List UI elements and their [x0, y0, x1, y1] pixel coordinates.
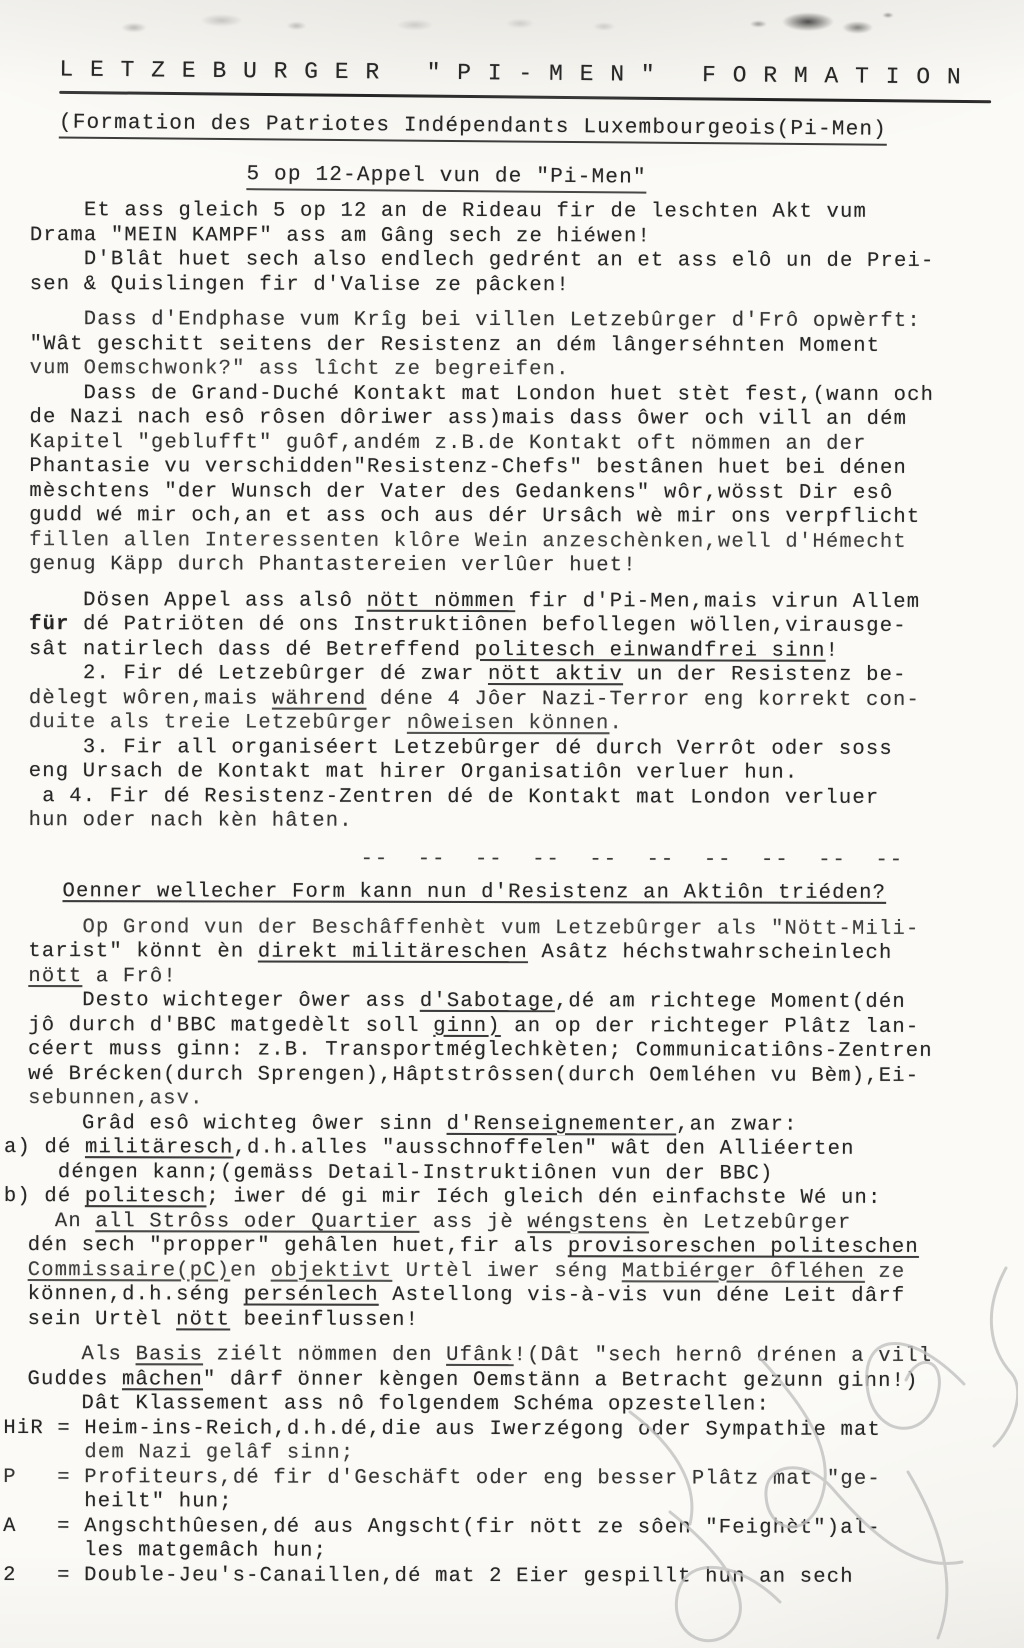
text-segment: an op der richteger Plâtz lan-	[501, 1015, 920, 1039]
text-segment: dén sech "propper" gehâlen huet,fir als	[28, 1234, 568, 1258]
text-line: jô durch d'BBC matgedèlt soll ginn) an o…	[28, 1014, 1022, 1041]
text-line: déngen kann;(gemäss Detail-Instruktiônen…	[4, 1161, 1022, 1188]
text-line: sen & Quislingen fir d'Valise ze pâcken!	[30, 273, 1024, 300]
text-line: Dât Klassement ass nô folgendem Schéma o…	[27, 1392, 1021, 1419]
text-segment: Phantasie vu verschidden"Resistenz-Chefs…	[29, 455, 907, 480]
text-segment: ; iwer dé gi mir Iéch gleich dén einfach…	[206, 1185, 881, 1209]
text-segment: ,dé am richtege Moment(dén	[555, 990, 906, 1014]
text-line: An all Strôss oder Quartier ass jè wéngs…	[28, 1210, 1022, 1237]
text-segment: de Nazi nach esô rôsen dôriwer ass)mais …	[29, 406, 907, 431]
underlined-text: Oenner wellecher Form kann nun d'Resiste…	[62, 880, 886, 905]
text-segment: b) dé	[4, 1185, 85, 1208]
text-segment: 2. Fir dé Letzebûrger dé zwar	[29, 662, 488, 686]
text-segment: beeinflussen!	[230, 1308, 419, 1331]
underlined-text: nött nömmen	[367, 589, 516, 612]
text-line: 3. Fir all organiséert Letzebûrger dé du…	[29, 736, 1023, 763]
text-line: eng Ursach de Kontakt mat hirer Organisa…	[29, 760, 1023, 787]
text-line: für dé Patriöten dé ons Instruktiônen be…	[29, 613, 1023, 640]
underlined-text: provisoreschen politeschen	[568, 1235, 919, 1259]
text-segment: ziélt nömmen den	[203, 1343, 446, 1367]
underlined-text: während	[272, 687, 367, 710]
text-segment: Astellong vis-à-vis vun déne Leit dârf	[379, 1284, 906, 1308]
text-segment: P = Profiteurs,dé fir d'Geschäft oder en…	[3, 1466, 881, 1491]
text-segment: mèschtens "der Wunsch der Vater des Geda…	[29, 480, 893, 505]
text-segment: Urtèl iwer séng	[392, 1259, 622, 1282]
text-line: Phantasie vu verschidden"Resistenz-Chefs…	[29, 455, 1023, 482]
text-segment: können,d.h.séng	[28, 1283, 244, 1306]
text-segment: heilt" hun;	[3, 1490, 233, 1513]
text-line: wé Brécken(durch Sprengen),Hâptstrôssen(…	[28, 1063, 1022, 1090]
text-segment: duite als treie Letzebûrger	[29, 711, 407, 735]
text-line: Als Basis ziélt nömmen den Ufânk!(Dât "s…	[28, 1343, 1022, 1370]
text-line: "Wât geschitt seitens der Resistenz an d…	[30, 333, 1024, 360]
text-segment: " dârf önner kèngen Oemstänn a Betracht …	[203, 1368, 919, 1392]
text-segment: Guddes	[27, 1368, 122, 1391]
text-line: dén sech "propper" gehâlen huet,fir als …	[28, 1234, 1022, 1261]
text-segment: Kapitel "geblufft" guôf,andém z.B.de Kon…	[29, 431, 866, 456]
text-segment: un der Resistenz be-	[623, 663, 907, 687]
text-segment: en	[230, 1259, 271, 1282]
text-segment: les matgemâch hun;	[3, 1539, 327, 1563]
text-segment: sen & Quislingen fir d'Valise ze pâcken!	[30, 273, 570, 297]
text-segment: Dösen Appel ass alsô	[29, 589, 367, 613]
text-segment: Et ass gleich 5 op 12 an de Rideau fir d…	[30, 199, 867, 224]
text-segment: ze	[865, 1260, 906, 1283]
text-segment: Asâtz héchstwahrscheinlech	[528, 941, 893, 965]
title-underline	[59, 91, 991, 103]
text-segment: "Wât geschitt seitens der Resistenz an d…	[30, 333, 881, 358]
text-line: b) dé politesch; iwer dé gi mir Iéch gle…	[4, 1185, 1022, 1212]
text-line: 2 = Double-Jeu's-Canaillen,dé mat 2 Eier…	[3, 1564, 1021, 1591]
text-line: a 4. Fir dé Resistenz-Zentren dé de Kont…	[29, 785, 1023, 812]
text-line: Guddes mâchen" dârf önner kèngen Oemstän…	[27, 1368, 1021, 1395]
text-segment: céert muss ginn: z.B. Transportméglechkè…	[28, 1038, 933, 1063]
text-segment: vum Oemschwonk?" ass lîcht ze begreifen.	[30, 357, 570, 381]
text-segment: 3. Fir all organiséert Letzebûrger dé du…	[29, 736, 893, 761]
text-line: Grâd esô wichteg ôwer sinn d'Renseigneme…	[28, 1112, 1022, 1139]
underlined-text: nött	[176, 1308, 230, 1331]
text-segment: fir d'Pi-Men,mais virun Allem	[515, 590, 920, 614]
text-line: gudd wé mir och,an et ass och aus dér Ur…	[29, 504, 1023, 531]
text-segment: déngen kann;(gemäss Detail-Instruktiônen…	[4, 1161, 774, 1186]
text-segment: dem Nazi gelâf sinn;	[3, 1441, 354, 1465]
separator-line: -- -- -- -- -- -- -- -- -- --	[361, 847, 1023, 873]
text-segment: déne 4 Jôer Nazi-Terror eng korrekt con-	[366, 687, 920, 711]
text-line: Et ass gleich 5 op 12 an de Rideau fir d…	[30, 199, 1024, 226]
text-line: les matgemâch hun;	[3, 1539, 1021, 1566]
document-body: Et ass gleich 5 op 12 an de Rideau fir d…	[0, 184, 1024, 1590]
underlined-text: objektivt	[271, 1259, 393, 1282]
scanned-document-page: L E T Z E B U R G E R " P I - M E N " F …	[0, 0, 1024, 1648]
underlined-text: wéngstens	[527, 1211, 649, 1234]
text-segment: .	[609, 712, 623, 735]
text-segment: sein Urtèl	[28, 1308, 177, 1331]
text-line: fillen allen Interessenten klôre Wein an…	[29, 529, 1023, 556]
text-segment: fillen allen Interessenten klôre Wein an…	[29, 529, 907, 554]
text-line: Desto wichteger ôwer ass d'Sabotage,dé a…	[28, 989, 1022, 1016]
text-segment: gudd wé mir och,an et ass och aus dér Ur…	[29, 504, 920, 529]
text-line: Op Grond vun der Beschâffenhèt vum Letze…	[28, 916, 1022, 943]
text-line: Dass d'Endphase vum Krîg bei villen Letz…	[30, 308, 1024, 335]
text-line: tarist" könnt èn direkt militäreschen As…	[28, 940, 1022, 967]
underlined-text: ginn)	[433, 1014, 501, 1037]
text-segment: für	[29, 613, 70, 636]
text-segment: -- -- -- -- -- -- -- -- -- --	[361, 847, 905, 871]
text-line: D'Blât huet sech also endlech gedrént an…	[30, 248, 1024, 275]
underlined-text: direkt militäreschen	[258, 941, 528, 965]
document-header: L E T Z E B U R G E R " P I - M E N " F …	[0, 0, 1024, 193]
text-line: Dösen Appel ass alsô nött nömmen fir d'P…	[29, 589, 1023, 616]
underlined-text: politesch	[85, 1185, 207, 1208]
text-line: Drama "MEIN KAMPF" ass am Gâng sech ze h…	[30, 224, 1024, 251]
underlined-text: Matbiérger ôfléhen	[622, 1260, 865, 1284]
text-segment: genug Käpp durch Phantastereien verlûer …	[29, 553, 637, 577]
text-line: a) dé militäresch,d.h.alles "ausschnoffe…	[4, 1136, 1022, 1163]
text-line: können,d.h.séng persénlech Astellong vis…	[28, 1283, 1022, 1310]
text-segment: eng Ursach de Kontakt mat hirer Organisa…	[29, 760, 799, 785]
text-segment: ,an zwar:	[676, 1113, 798, 1136]
underlined-text: d'Sabotage	[420, 990, 555, 1013]
text-segment: èn Letzebûrger	[649, 1211, 852, 1234]
text-segment: Grâd esô wichteg ôwer sinn	[28, 1112, 447, 1136]
underlined-text: nôweisen können	[407, 712, 610, 735]
text-line: Kapitel "geblufft" guôf,andém z.B.de Kon…	[29, 431, 1023, 458]
text-segment: Dât Klassement ass nô folgendem Schéma o…	[27, 1392, 770, 1417]
text-line: vum Oemschwonk?" ass lîcht ze begreifen.	[30, 357, 1024, 384]
text-line: sein Urtèl nött beeinflussen!	[28, 1308, 1022, 1335]
text-line: genug Käpp durch Phantastereien verlûer …	[29, 553, 1023, 580]
text-segment: jô durch d'BBC matgedèlt soll	[28, 1014, 433, 1038]
underlined-text: Ufânk	[446, 1344, 514, 1367]
text-line: sât natirlech dass dé Betreffend polites…	[29, 638, 1023, 665]
text-segment: !	[826, 639, 840, 662]
underlined-text: Commissaire(pC)	[28, 1259, 231, 1282]
text-line: dèlegt wôren,mais während déne 4 Jôer Na…	[29, 687, 1023, 714]
text-segment: 2 = Double-Jeu's-Canaillen,dé mat 2 Eier…	[3, 1564, 854, 1589]
text-segment: Als	[28, 1343, 136, 1366]
text-segment: dèlegt wôren,mais	[29, 687, 272, 711]
document-title: L E T Z E B U R G E R " P I - M E N " F …	[59, 57, 1023, 91]
text-line: 2. Fir dé Letzebûrger dé zwar nött aktiv…	[29, 662, 1023, 689]
text-segment: a) dé	[4, 1136, 85, 1159]
underlined-text: all Strôss oder Quartier	[95, 1210, 419, 1234]
text-segment: Desto wichteger ôwer ass	[28, 989, 420, 1013]
text-segment: hun oder nach kèn hâten.	[29, 809, 353, 833]
underlined-text: politesch einwandfrei sinn	[475, 638, 826, 662]
text-line: hun oder nach kèn hâten.	[29, 809, 1023, 836]
text-line: nött a Frô!	[28, 965, 1022, 992]
text-segment: a Frô!	[82, 965, 177, 988]
text-line: heilt" hun;	[3, 1490, 1021, 1517]
text-line: de Nazi nach esô rôsen dôriwer ass)mais …	[29, 406, 1023, 433]
underlined-text: d'Renseignementer	[447, 1112, 677, 1135]
text-segment: An	[28, 1210, 96, 1233]
text-segment: !(Dât "sech hernô drénen a vill	[514, 1344, 933, 1368]
underlined-text: nött	[28, 965, 82, 988]
text-segment: D'Blât huet sech also endlech gedrént an…	[30, 248, 935, 273]
text-segment: ass jè	[419, 1210, 527, 1233]
text-segment: Dass d'Endphase vum Krîg bei villen Letz…	[30, 308, 921, 333]
underlined-text: mâchen	[122, 1368, 203, 1391]
underlined-text: militäresch	[85, 1136, 234, 1159]
text-line: HiR = Heim-ins-Reich,d.h.dé,die aus Iwer…	[3, 1417, 1021, 1444]
text-segment: sât natirlech dass dé Betreffend	[29, 638, 475, 662]
text-segment: Drama "MEIN KAMPF" ass am Gâng sech ze h…	[30, 224, 651, 248]
text-segment: wé Brécken(durch Sprengen),Hâptstrôssen(…	[28, 1063, 919, 1088]
sub-heading: Oenner wellecher Form kann nun d'Resiste…	[62, 880, 1022, 907]
text-segment: a 4. Fir dé Resistenz-Zentren dé de Kont…	[29, 785, 880, 810]
document-subtitle: (Formation des Patriotes Indépendants Lu…	[59, 112, 887, 146]
text-segment: Dass de Grand-Duché Kontakt mat London h…	[30, 382, 935, 407]
text-line: sebunnen,asv.	[28, 1087, 1022, 1114]
text-segment: Op Grond vun der Beschâffenhèt vum Letze…	[28, 916, 919, 941]
underlined-text: nött aktiv	[488, 663, 623, 686]
text-segment: sebunnen,asv.	[28, 1087, 204, 1110]
text-segment: ,d.h.alles "ausschnoffelen" wât den Alli…	[234, 1136, 855, 1160]
text-segment: dé Patriöten dé ons Instruktiônen befoll…	[70, 613, 907, 638]
underlined-text: Basis	[136, 1343, 204, 1366]
text-segment: A = Angschthûesen,dé aus Angscht(fir nöt…	[3, 1515, 881, 1540]
text-line: dem Nazi gelâf sinn;	[3, 1441, 1021, 1468]
text-line: Dass de Grand-Duché Kontakt mat London h…	[30, 382, 1024, 409]
underlined-text: persénlech	[244, 1284, 379, 1307]
subtitle-row: (Formation des Patriotes Indépendants Lu…	[59, 112, 1023, 143]
text-line: P = Profiteurs,dé fir d'Geschäft oder en…	[3, 1466, 1021, 1493]
text-line: Commissaire(pC)en objektivt Urtèl iwer s…	[28, 1259, 1022, 1286]
text-segment: HiR = Heim-ins-Reich,d.h.dé,die aus Iwer…	[3, 1417, 881, 1442]
text-line: céert muss ginn: z.B. Transportméglechkè…	[28, 1038, 1022, 1065]
text-segment: tarist" könnt èn	[28, 940, 258, 963]
text-line: duite als treie Letzebûrger nôweisen kön…	[29, 711, 1023, 738]
text-line: A = Angschthûesen,dé aus Angscht(fir nöt…	[3, 1515, 1021, 1542]
text-line: mèschtens "der Wunsch der Vater des Geda…	[29, 480, 1023, 507]
